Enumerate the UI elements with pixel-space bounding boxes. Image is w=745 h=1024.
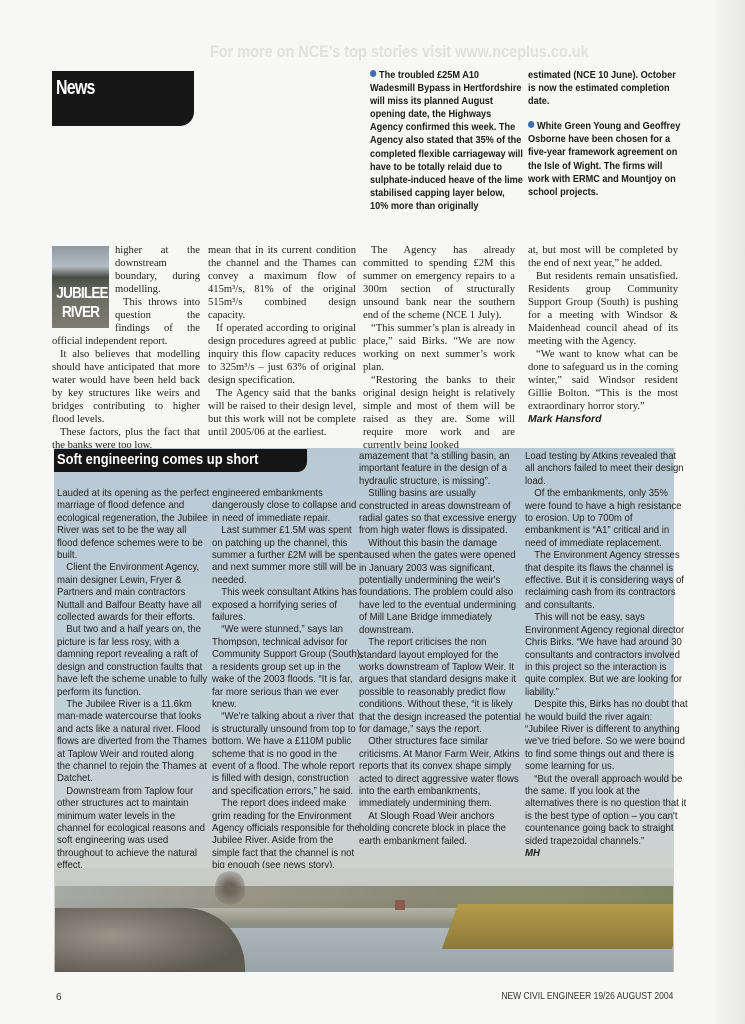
page-number: 6 xyxy=(56,992,62,1003)
main-story-column-1: JUBILEE RIVER higher at the downstream b… xyxy=(52,244,200,452)
paragraph: Without this basin the damage caused whe… xyxy=(359,538,522,637)
paragraph: Other structures face similar criticisms… xyxy=(359,736,522,810)
paragraph: It also believes that modelling should h… xyxy=(52,348,200,426)
feature-column-4: Load testing by Atkins revealed that all… xyxy=(525,451,688,860)
bullet-icon xyxy=(370,70,376,77)
paragraph: But two and a half years on, the picture… xyxy=(57,624,210,698)
byline: Mark Hansford xyxy=(528,413,678,426)
paragraph: At Slough Road Weir anchors holding conc… xyxy=(359,811,522,848)
feature-column-1: Lauded at its opening as the perfect mar… xyxy=(57,488,210,897)
paragraph: This week consultant Atkins has exposed … xyxy=(212,587,363,624)
main-story-column-2: mean that in its current condition the c… xyxy=(208,244,356,439)
feature-column-2: engineered embankments dangerously close… xyxy=(212,488,363,897)
left-bank xyxy=(55,908,245,972)
paragraph: The Jubilee River is a 11.6km man-made w… xyxy=(57,699,210,786)
paragraph: “We were stunned,” says Ian Thompson, te… xyxy=(212,624,363,711)
paragraph: The Agency has already committed to spen… xyxy=(363,244,515,322)
feature-column-3: amazement that “a stilling basin, an imp… xyxy=(359,451,522,848)
paragraph: “We want to know what can be done to saf… xyxy=(528,348,678,413)
paragraph: “This summer’s plan is already in place,… xyxy=(363,322,515,374)
news-brief-continued: estimated (NCE 10 June). October is now … xyxy=(528,69,681,108)
feature-headline-bar: Soft engineering comes up short xyxy=(54,449,307,472)
paragraph: “But the overall approach would be the s… xyxy=(525,774,688,848)
paragraph: at, but most will be completed by the en… xyxy=(528,244,678,270)
paragraph: If operated according to original design… xyxy=(208,322,356,387)
show-through-header: For more on NCE's top stories visit www.… xyxy=(210,42,589,62)
news-brief: The troubled £25M A10 Wadesmill Bypass i… xyxy=(370,69,523,213)
paragraph: engineered embankments dangerously close… xyxy=(212,488,363,525)
main-story-column-3: The Agency has already committed to spen… xyxy=(363,244,515,452)
bullet-icon xyxy=(528,121,534,128)
paragraph: Of the embankments, only 35% were found … xyxy=(525,488,688,550)
paragraph: The Environment Agency stresses that des… xyxy=(525,550,688,612)
publication-footer: NEW CIVIL ENGINEER 19/26 AUGUST 2004 xyxy=(501,991,673,1002)
paragraph: But residents remain unsatisfied. Reside… xyxy=(528,270,678,348)
paragraph: “Restoring the banks to their original d… xyxy=(363,374,515,452)
signoff: MH xyxy=(525,848,688,860)
hut-icon xyxy=(395,900,405,910)
paragraph: This will not be easy, says Environment … xyxy=(525,612,688,699)
section-tab-news: News xyxy=(52,71,194,126)
news-briefs-column-1: The troubled £25M A10 Wadesmill Bypass i… xyxy=(370,69,523,225)
main-story-column-4: at, but most will be completed by the en… xyxy=(528,244,678,426)
paragraph: Lauded at its opening as the perfect mar… xyxy=(57,488,210,562)
paragraph: mean that in its current condition the c… xyxy=(208,244,356,322)
tree-icon xyxy=(215,870,245,906)
river-photo xyxy=(55,868,673,972)
paragraph: The Agency said that the banks will be r… xyxy=(208,387,356,439)
jubilee-river-logo: JUBILEE RIVER xyxy=(52,246,109,328)
feature-headline: Soft engineering comes up short xyxy=(57,451,258,468)
news-briefs-column-2: estimated (NCE 10 June). October is now … xyxy=(528,69,681,211)
page-edge xyxy=(717,0,745,1024)
paragraph: Load testing by Atkins revealed that all… xyxy=(525,451,688,488)
paragraph: Last summer £1.5M was spent on patching … xyxy=(212,525,363,587)
paragraph: amazement that “a stilling basin, an imp… xyxy=(359,451,522,488)
section-tab-label: News xyxy=(56,77,95,100)
paragraph: The report criticises the non standard l… xyxy=(359,637,522,736)
paragraph: “We're talking about a river that is str… xyxy=(212,711,363,798)
paragraph: Stilling basins are usually constructed … xyxy=(359,488,522,538)
paragraph: Downstream from Taplow four other struct… xyxy=(57,786,210,873)
paragraph: Despite this, Birks has no doubt that he… xyxy=(525,699,688,773)
news-brief: White Green Young and Geoffrey Osborne h… xyxy=(528,120,681,199)
right-embankment xyxy=(442,904,673,949)
paragraph: Client the Environment Agency, main desi… xyxy=(57,562,210,624)
